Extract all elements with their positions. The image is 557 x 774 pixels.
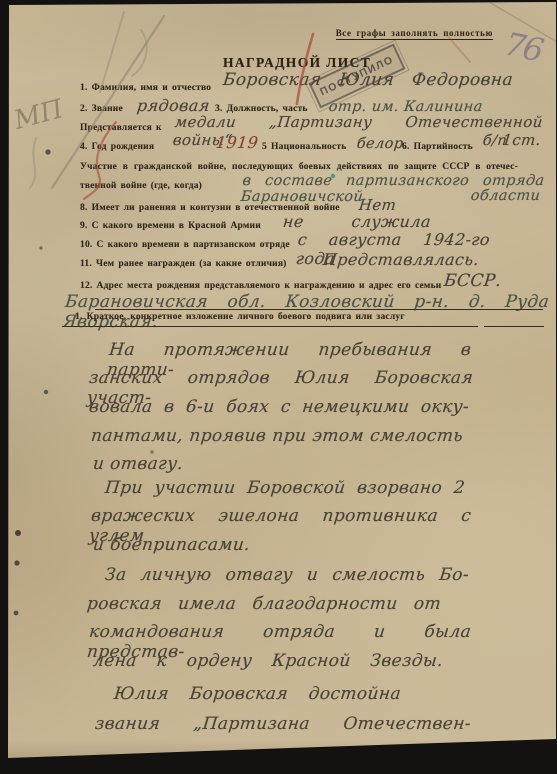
field-label-name: 1. Фамилия, имя и отчество xyxy=(80,83,211,93)
body-line: звания „Партизана Отечествен- xyxy=(94,714,472,734)
field-value-name: Боровская Юлия Федоровна xyxy=(222,70,514,90)
field-label-address: 12. Адрес места рождения представляемого… xyxy=(80,281,441,291)
body-line: Юлия Боровская достойна xyxy=(113,684,402,704)
field-label-prior-awards: 11. Чем ранее награжден (за какие отличи… xyxy=(80,259,287,269)
fill-note: Все графы заполнять полностью xyxy=(336,28,493,40)
body-line: лена к ордену Красной Звезды. xyxy=(92,651,444,671)
body-line: вовала в 6-и боях с немецкими окку- xyxy=(88,397,470,417)
field-value-address-country: БССР. xyxy=(443,271,502,291)
field-label-birth-year: 4. Год рождения xyxy=(80,142,154,152)
field-label-rank: 2. Звание xyxy=(80,104,123,114)
field-label-nationality: 5 Национальность xyxy=(262,142,346,152)
body-line: и боеприпасами. xyxy=(92,535,251,555)
body-line: и отвагу. xyxy=(92,454,184,474)
section-heading: 1. Краткое, конкретное изложение личного… xyxy=(75,312,405,322)
field-label-red-army: 9. С какого времени в Красной Армии xyxy=(80,221,261,231)
section-rule-bottom-right xyxy=(484,326,544,327)
field-value-prior-awards: Представлялась. xyxy=(322,250,480,269)
field-label-partisan-since: 10. С какого времени в партизанском отря… xyxy=(80,240,290,250)
field-label-participation-2: твенной войне (где, когда) xyxy=(80,181,202,191)
margin-note-pencil: МП xyxy=(11,94,66,136)
field-label-participation-1: Участие в гражданской войне, последующих… xyxy=(80,162,518,172)
field-label-nominated: Представляется к xyxy=(80,123,162,133)
section-rule-bottom xyxy=(62,326,478,327)
body-line: пантами, проявив при этом смелость xyxy=(90,426,464,446)
field-value-birth-year: 1919 xyxy=(215,133,259,152)
field-value-participation-wrap: области xyxy=(470,188,541,204)
body-line: За личную отвагу и смелость Бо- xyxy=(104,565,470,585)
section-rule-top xyxy=(95,309,543,310)
field-value-party: б/п xyxy=(482,133,508,149)
body-line: ровская имела благодарности от xyxy=(86,594,442,614)
body-line: При участии Боровской взорвано 2 xyxy=(104,478,466,498)
page-number-pencil: 76 xyxy=(501,25,545,70)
field-value-red-army: не служила xyxy=(282,212,432,231)
paper-sheet: Все графы заполнять полностью 76 НАГРАДН… xyxy=(0,0,557,774)
field-label-party: 6. Партийность xyxy=(402,142,473,152)
